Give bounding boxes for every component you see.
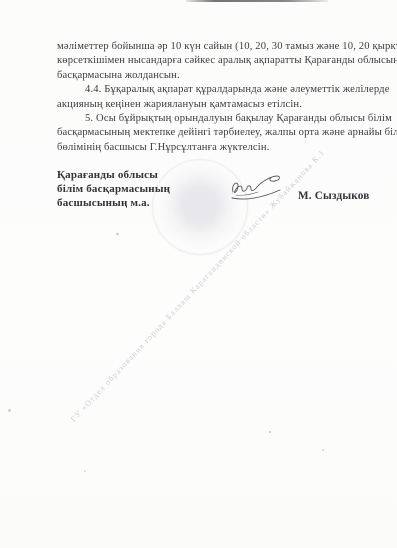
signoff-position-line: Қарағанды облысы [57, 168, 217, 182]
scan-speck [8, 409, 11, 412]
body-line: бөлімінің басшысы Г.Нұрсұлтанға жүктелсі… [57, 141, 389, 155]
scanned-document-page: мәліметтер бойынша әр 10 күн сайын (10, … [0, 0, 397, 548]
body-line-clause-5: 5. Осы бұйрықтың орындалуын бақылау Қара… [57, 112, 389, 126]
scan-speck [269, 431, 271, 433]
signoff-position-block: Қарағанды облысы білім басқармасының бас… [57, 168, 217, 211]
body-line: мәліметтер бойынша әр 10 күн сайын (10, … [57, 40, 389, 54]
scan-speck [84, 470, 86, 472]
scan-speck [124, 44, 127, 46]
signoff-position-line: басшысының м.а. [57, 196, 217, 210]
body-line-clause-4-4: 4.4. Бұқаралық ақпарат құралдарында және… [57, 83, 389, 97]
body-line: басқармасының мектепке дейінгі тәрбиелеу… [57, 126, 389, 140]
body-line: көрсеткішімен нысандарға сәйкес аралық а… [57, 54, 389, 68]
document-body: мәліметтер бойынша әр 10 күн сайын (10, … [57, 40, 389, 155]
signoff-position-line: білім басқармасының [57, 182, 217, 196]
scan-smudge [294, 20, 320, 30]
scan-speck [322, 449, 324, 451]
body-line: басқармасына жолдансын. [57, 69, 389, 83]
signer-name: М. Сыздыков [298, 190, 370, 202]
body-line: акцияның кеңінен жариялануын қамтамасыз … [57, 98, 389, 112]
scan-speck [116, 232, 120, 235]
scan-edge-artifact [186, 0, 328, 2]
